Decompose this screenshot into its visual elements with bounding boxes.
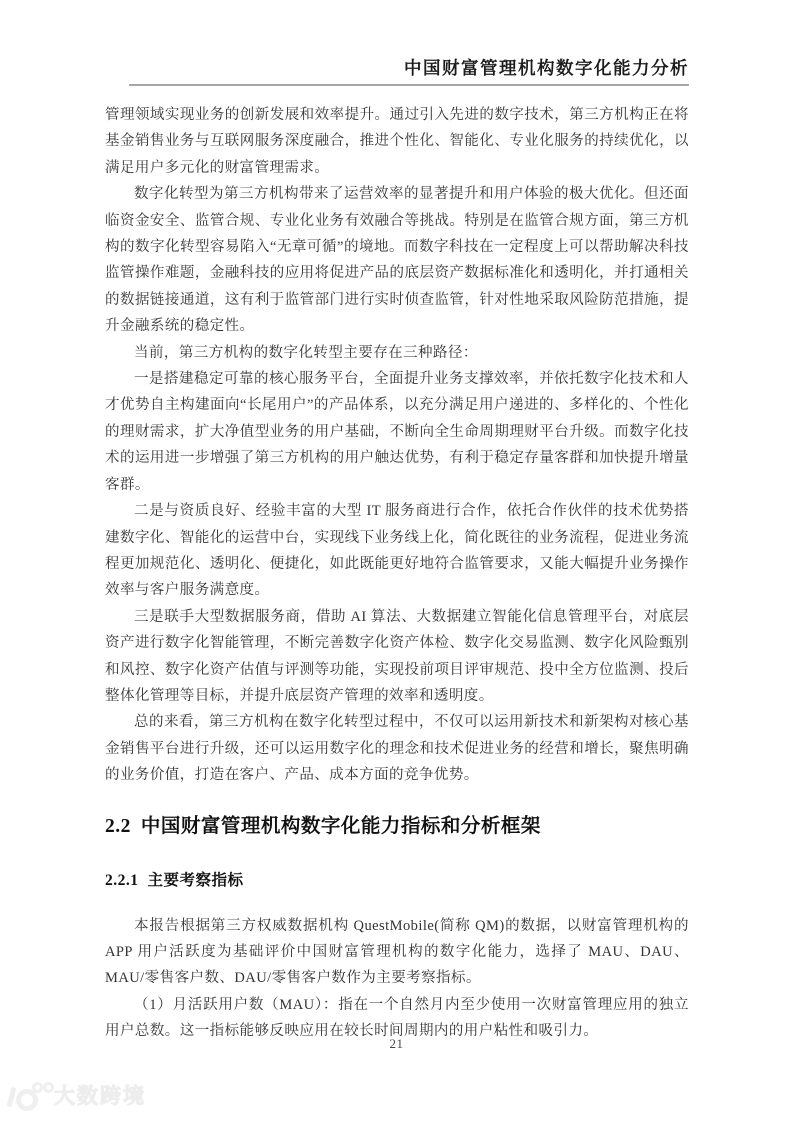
subsection-heading: 2.2.1主要考察指标	[105, 870, 689, 892]
paragraph-continuation: 管理领域实现业务的创新发展和效率提升。通过引入先进的数字技术，第三方机构正在将基…	[105, 102, 689, 181]
paragraph: 二是与资质良好、经验丰富的大型 IT 服务商进行合作，依托合作伙伴的技术优势搭建…	[105, 498, 689, 604]
running-header-title: 中国财富管理机构数字化能力分析	[105, 56, 689, 80]
page-number: 21	[0, 1036, 793, 1052]
watermark-logo-icon	[8, 1081, 48, 1109]
subsection-title: 主要考察指标	[148, 872, 244, 889]
watermark: 大数跨境	[8, 1080, 146, 1110]
page-header: 中国财富管理机构数字化能力分析	[105, 56, 689, 86]
paragraph: 总的来看，第三方机构在数字化转型过程中，不仅可以运用新技术和新架构对核心基金销售…	[105, 709, 689, 788]
paragraph: 当前，第三方机构的数字化转型主要存在三种路径：	[105, 340, 689, 366]
subsection-number: 2.2.1	[105, 872, 139, 889]
section-heading: 2.2中国财富管理机构数字化能力指标和分析框架	[105, 812, 689, 841]
section-number: 2.2	[105, 816, 131, 837]
document-page: 中国财富管理机构数字化能力分析 管理领域实现业务的创新发展和效率提升。通过引入先…	[0, 0, 793, 1122]
paragraph: 三是联手大型数据服务商，借助 AI 算法、大数据建立智能化信息管理平台，对底层资…	[105, 604, 689, 710]
paragraph: 一是搭建稳定可靠的核心服务平台，全面提升业务支撑效率，并依托数字化技术和人才优势…	[105, 366, 689, 498]
section-title: 中国财富管理机构数字化能力指标和分析框架	[141, 815, 541, 837]
header-rule	[129, 84, 689, 86]
paragraph: 数字化转型为第三方机构带来了运营效率的显著提升和用户体验的极大优化。但还面临资金…	[105, 181, 689, 339]
paragraph: 本报告根据第三方权威数据机构 QuestMobile(简称 QM)的数据，以财富…	[105, 913, 689, 992]
page-content: 管理领域实现业务的创新发展和效率提升。通过引入先进的数字技术，第三方机构正在将基…	[105, 102, 689, 1045]
watermark-text: 大数跨境	[54, 1080, 146, 1110]
